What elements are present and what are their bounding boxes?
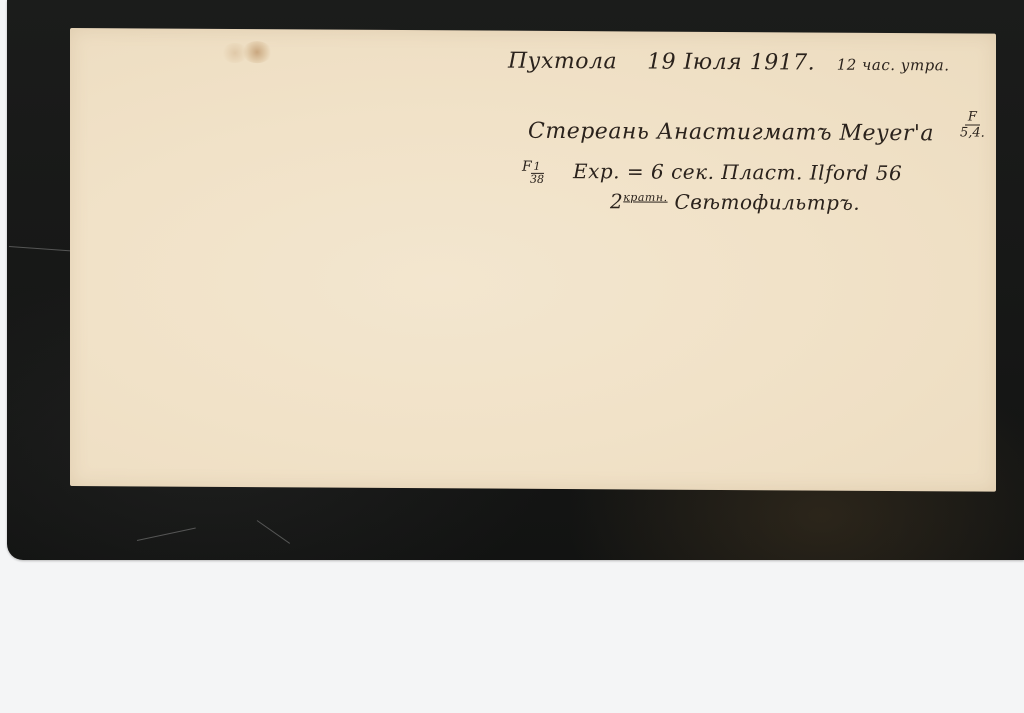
annotation-exposure: Exp. = 6 сек. Пласт. Ilford 56 bbox=[573, 159, 902, 185]
annotation-place-date: Пухтола 19 Іюля 1917. 12 час. утра. bbox=[508, 49, 950, 77]
mount-scratch bbox=[137, 528, 196, 541]
mount-scratch bbox=[9, 246, 71, 251]
photo-card-back: Пухтола 19 Іюля 1917. 12 час. утра. Стер… bbox=[70, 28, 996, 492]
aperture-denominator: 5,4. bbox=[960, 125, 985, 140]
annotation-lens: Стереань Анастигматъ Меуеr'a bbox=[528, 119, 934, 146]
annotation-filter: 2кратн. Свѣтофильтръ. bbox=[610, 189, 860, 215]
filter-label: Свѣтофильтръ. bbox=[674, 190, 860, 215]
filter-multiplier: кратн. bbox=[623, 191, 667, 204]
stop-denominator: 38 bbox=[530, 174, 544, 186]
filter-count: 2 bbox=[610, 189, 623, 213]
annotation-place: Пухтола bbox=[508, 49, 617, 75]
stop-fraction: 1 38 bbox=[530, 161, 544, 186]
lens-aperture-fraction: F 5,4. bbox=[960, 109, 985, 140]
annotation-date: 19 Іюля 1917. bbox=[647, 50, 815, 76]
aperture-numerator: F bbox=[965, 109, 980, 125]
annotation-time: 12 час. утра. bbox=[837, 56, 950, 75]
mount-scratch bbox=[257, 520, 290, 544]
stain-mark bbox=[222, 43, 248, 63]
